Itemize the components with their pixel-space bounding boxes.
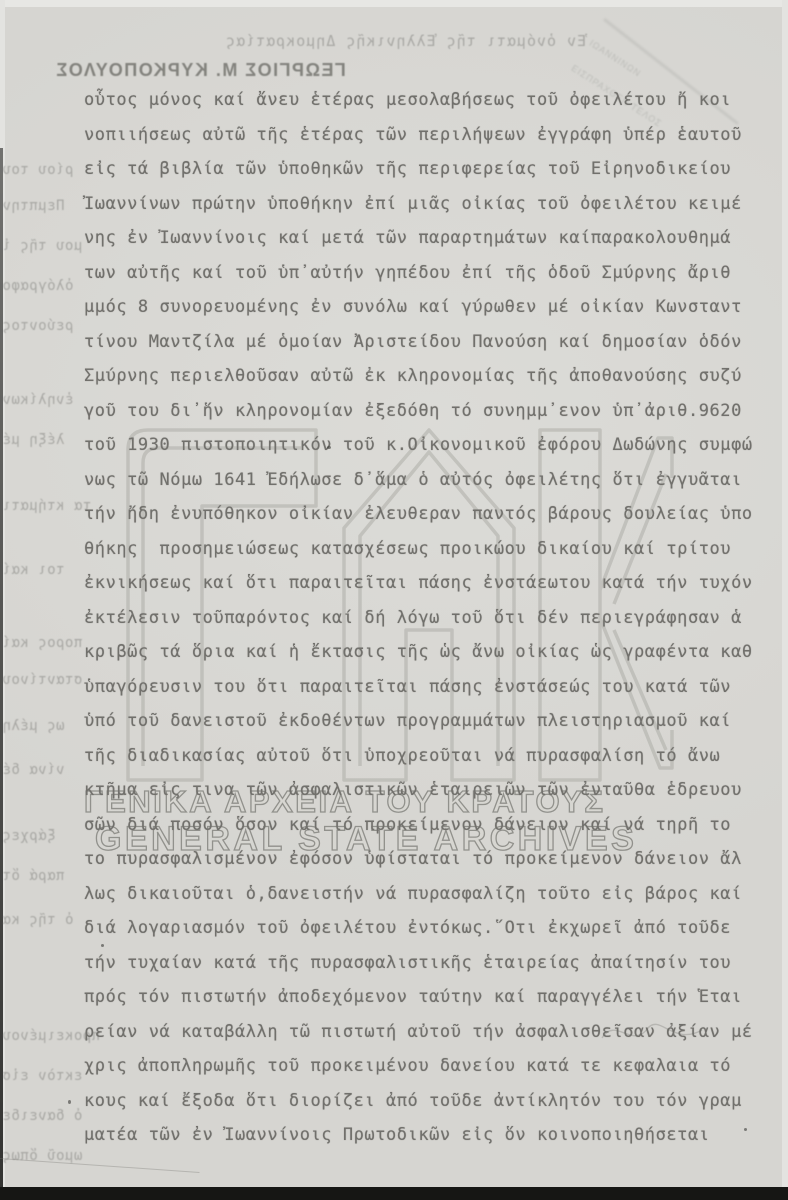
text-line: νοπιιήσεως αὐτῶ τῆς ἑτέρας τῶν περιλήψεω… bbox=[84, 127, 742, 144]
scan-edge-right bbox=[782, 0, 788, 1200]
text-line: μμός 8 συνορευομένης ἐν συνόλω καί γύρωθ… bbox=[84, 299, 742, 316]
bleedthrough-fragment: τοι καί bbox=[2, 562, 65, 578]
bleedthrough-invocation-line: Ἐν ὀνόματι τῆς Ἑλληνικῆς Δημοκρατίας bbox=[225, 32, 586, 50]
text-line: τοῦ 1930 πιστοποιητικόν τοῦ κ.Οἰκονομικο… bbox=[84, 437, 753, 454]
scan-edge-top bbox=[0, 0, 788, 7]
text-line: οὗτος μόνος καί ἄνευ ἑτέρας μεσολαβήσεως… bbox=[84, 92, 731, 109]
text-line: σῶν διά ποσόν ὅσον καί τό προκείμενον δά… bbox=[84, 817, 731, 834]
bleedthrough-fragment: τα κτήματι bbox=[2, 498, 91, 514]
text-line: ματέα τῶν ἐν Ἰωαννίνοις Πρωτοδικῶν εἰς ὅ… bbox=[84, 1127, 710, 1144]
bleedthrough-fragment: ρίου του bbox=[2, 162, 73, 178]
text-line: ὑπαγόρευσιν του ὅτι παραιτεῖται πάσης ἐν… bbox=[84, 679, 731, 696]
text-line: πρός τόν πιστωτήν ἀποδεχόμενον ταύτην κα… bbox=[84, 989, 742, 1006]
bleedthrough-fragment: ωμοῦ ὅπως bbox=[2, 1148, 82, 1164]
bleedthrough-fragment: λέξη μέ bbox=[2, 432, 65, 448]
text-line: εἰς τά βιβλία τῶν ὑποθηκῶν τῆς περιφερεί… bbox=[84, 161, 731, 178]
text-line: κτῆμα εἰς τινα τῶν ἀσφαλιστικῶν ἑταιρειῶ… bbox=[84, 782, 742, 799]
text-line: τήν ἤδη ἐνυπόθηκον οἰκίαν ἐλευθεραν παντ… bbox=[84, 506, 753, 523]
text-line: διά λογαριασμόν τοῦ ὀφειλέτου ἐντόκως.῞Ο… bbox=[84, 920, 731, 937]
text-line: Σμύρνης περιελθοῦσαν αὐτῶ ἐκ κληρονομίας… bbox=[84, 368, 742, 385]
bleedthrough-fragment: ὁ τῆς κα bbox=[2, 912, 73, 928]
bleedthrough-fragment: παρά ὅτ bbox=[2, 868, 65, 884]
text-line: κριβῶς τά ὅρια καί ἡ ἔκτασις τῆς ὡς ἄνω … bbox=[84, 644, 753, 661]
bleedthrough-fragment: ξάρχες bbox=[2, 828, 56, 844]
text-line: ἐκνικήσεως καί ὅτι παραιτεῖται πάσης ἐνσ… bbox=[84, 575, 753, 592]
bleedthrough-fragment: ὁλόγραφο bbox=[2, 278, 73, 294]
ink-speck bbox=[68, 1100, 71, 1104]
text-line: νως τῶ Νόμω 1641 Ἐδήλωσε δ᾽ἅμα ὁ αὐτός ὀ… bbox=[84, 472, 742, 489]
text-line: γοῦ του δι᾽ἥν κληρονομίαν ἐξεδόθη τό συν… bbox=[84, 403, 742, 420]
text-line: Ἰωαννίνων πρώτην ὑποθήκην ἐπί μιᾶς οἰκία… bbox=[84, 196, 742, 213]
bleedthrough-fragment: ὁ δανειδε bbox=[2, 1108, 82, 1124]
bleedthrough-fragment: ἐνηλίκων bbox=[2, 392, 73, 408]
text-line: των αὐτῆς καί τοῦ ὑπ᾽αὐτήν γηπέδου ἐπί τ… bbox=[84, 265, 731, 282]
bleedthrough-fragment: μου τῆς ἱ bbox=[2, 238, 82, 254]
text-line: ἐκτέλεσιν τοῦπαρόντος καί δή λόγω τοῦ ὅτ… bbox=[84, 610, 742, 627]
bleedthrough-fragment: ρεύοντος bbox=[2, 318, 73, 334]
text-line: θήκης προσημειώσεως κατασχέσεως προικώου… bbox=[84, 541, 731, 558]
ink-speck bbox=[327, 446, 331, 449]
text-line: τίνου Μαντζίλα μέ ὁμοίαν Ἀριστείδου Πανο… bbox=[84, 334, 742, 351]
text-line: νης ἐν Ἰωαννίνοις καί μετά τῶν παραρτημά… bbox=[84, 230, 731, 247]
text-line: τῆς διαδικασίας αὐτοῦ ὅτι ὑποχρεοῦται νά… bbox=[84, 748, 720, 765]
text-line: τήν τυχαίαν κατά τῆς πυρασφαλιστικῆς ἑτα… bbox=[84, 955, 731, 972]
ink-speck bbox=[744, 1128, 747, 1131]
text-line: κους καί ἔξοδα ὅτι διορίζει ἀπό τοῦδε ἀν… bbox=[84, 1093, 742, 1110]
handwriting-mark bbox=[598, 1012, 708, 1052]
bleedthrough-notary-name: ΓΕΩΡΓΙΟΣ Μ. ΚΥΡΚΟΠΟΥΛΟΣ bbox=[55, 60, 346, 81]
text-line: χρις ἀποπληρωμῆς τοῦ προκειμένου δανείου… bbox=[84, 1058, 731, 1075]
bleedthrough-fragment: εκτὸν εἰσ bbox=[2, 1068, 82, 1084]
scanned-document-page: Ἐν ὀνόματι τῆς Ἑλληνικῆς Δημοκρατίας ΓΕΩ… bbox=[0, 0, 788, 1200]
bleedthrough-fragment: Πεμπτην bbox=[2, 198, 65, 214]
bleedthrough-fragment: ως μέλη bbox=[2, 718, 65, 734]
ink-speck bbox=[101, 944, 104, 947]
text-line: το πυρασφαλισμένον ἐφόσον ὑφίσταται τό π… bbox=[84, 851, 742, 868]
bleedthrough-fragment: σταντίνου bbox=[2, 672, 82, 688]
bleedthrough-fragment: πορος καί bbox=[2, 635, 82, 651]
text-line: ὑπό τοῦ δανειστοῦ ἐκδοθέντων προγραμμάτω… bbox=[84, 713, 731, 730]
text-line: λως δικαιοῦται ὁ,δανειστήν νά πυρασφαλίζ… bbox=[84, 886, 742, 903]
bleedthrough-fragment: νίνα δέ bbox=[2, 762, 65, 778]
